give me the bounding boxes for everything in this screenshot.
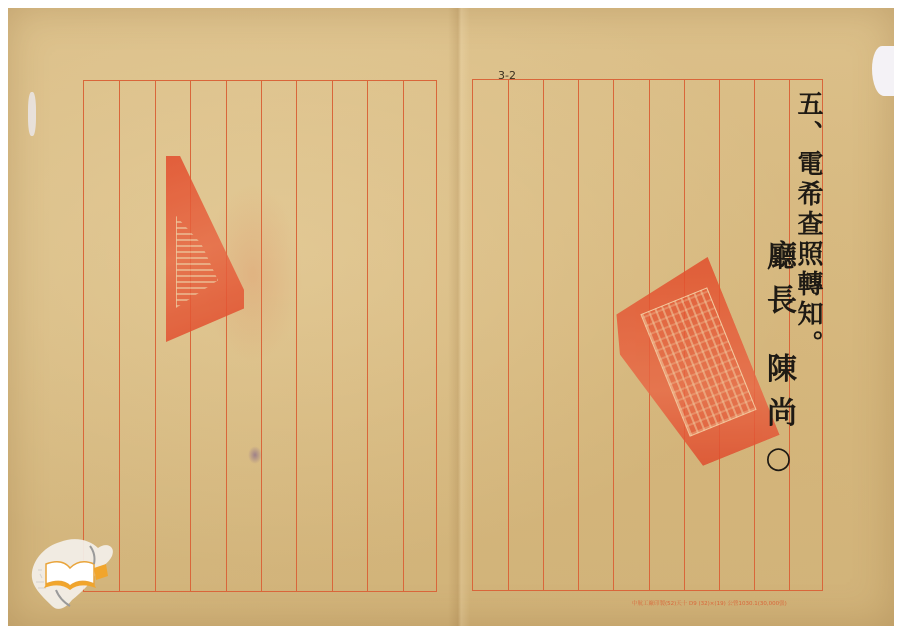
grid-line (119, 81, 120, 591)
handwritten-line-1: 五、電希查照轉知。 (791, 90, 825, 360)
grid-line (543, 80, 544, 590)
handwritten-line-2-signature: 廳長 陳尚○ (760, 240, 796, 489)
grid-line (578, 80, 579, 590)
open-book-over-taiwan-icon (20, 534, 118, 614)
grid-line (403, 81, 404, 591)
grid-line (754, 80, 755, 590)
paper-tear (872, 46, 894, 96)
grid-line (367, 81, 368, 591)
grid-line (332, 81, 333, 591)
document-spread: 3-2 五、電希查照轉知。 廳長 陳尚○ 中航工廠印製(52)天十 D9 (32… (8, 8, 894, 626)
seal-pattern (176, 216, 218, 308)
grid-line (613, 80, 614, 590)
paper-tear (28, 92, 36, 136)
grid-line (508, 80, 509, 590)
page-fold (448, 8, 470, 626)
ink-smudge (248, 446, 262, 464)
printer-footer: 中航工廠印製(52)天十 D9 (32)×(19) 公營1030.1(30,00… (632, 599, 787, 607)
grid-line (155, 81, 156, 591)
grid-line (190, 81, 191, 591)
page-number-annotation: 3-2 (498, 69, 516, 82)
